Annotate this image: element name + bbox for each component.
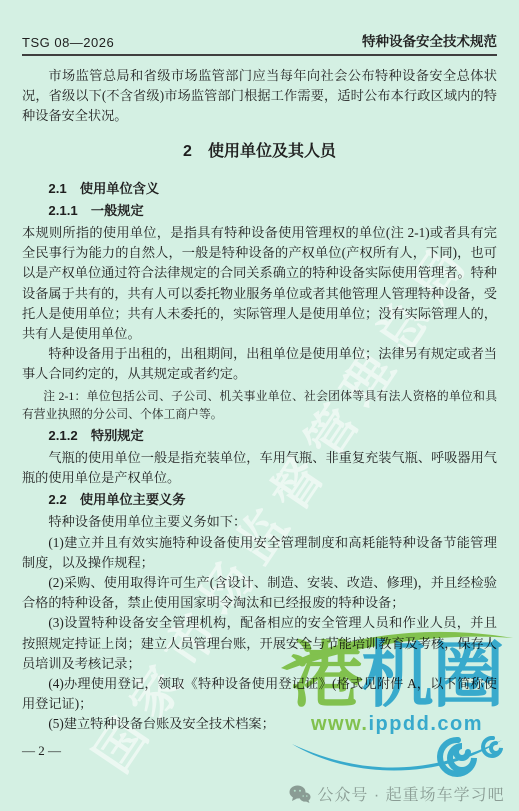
page-header: TSG 08—2026 特种设备安全技术规范 bbox=[22, 30, 497, 56]
section-heading-2-2: 2.2 使用单位主要义务 bbox=[22, 490, 497, 510]
paragraph-gas-cylinder: 气瓶的使用单位一般是指充装单位，车用气瓶、非重复充装气瓶、呼吸器用气瓶的使用单位… bbox=[22, 448, 497, 488]
paragraph-obligation-4: (4)办理使用登记，领取《特种设备使用登记证》(格式见附件 A，以下简称使用登记… bbox=[22, 674, 497, 714]
chapter-heading: 2 使用单位及其人员 bbox=[22, 141, 497, 163]
note-2-1: 注 2-1：单位包括公司、子公司、机关事业单位、社会团体等具有法人资格的单位和具… bbox=[22, 387, 497, 424]
paragraph-obligation-3: (3)设置特种设备安全管理机构，配备相应的安全管理人员和作业人员，并且按照规定持… bbox=[22, 613, 497, 674]
paragraph-definition: 本规则所指的使用单位，是指具有特种设备使用管理权的单位(注 2-1)或者具有完全… bbox=[22, 223, 497, 344]
wechat-icon bbox=[289, 785, 311, 803]
paragraph-obligations-intro: 特种设备使用单位主要义务如下： bbox=[22, 512, 497, 532]
section-heading-2-1: 2.1 使用单位含义 bbox=[22, 179, 497, 199]
subsection-heading-2-1-2: 2.1.2 特别规定 bbox=[22, 426, 497, 446]
page-content: TSG 08—2026 特种设备安全技术规范 市场监管总局和省级市场监管部门应当… bbox=[0, 0, 519, 759]
paragraph-rental: 特种设备用于出租的，出租期间，出租单位是使用单位；法律另有规定或者当事人合同约定… bbox=[22, 344, 497, 384]
wechat-label: 公众号 · 起重场车学习吧 bbox=[317, 782, 504, 805]
subsection-heading-2-1-1: 2.1.1 一般规定 bbox=[22, 201, 497, 221]
paragraph-obligation-1: (1)建立并且有效实施特种设备使用安全管理制度和高耗能特种设备节能管理制度，以及… bbox=[22, 533, 497, 573]
header-doc-code: TSG 08—2026 bbox=[22, 35, 114, 50]
paragraph-obligation-5: (5)建立特种设备台账及安全技术档案； bbox=[22, 714, 497, 734]
page-number: — 2 — bbox=[22, 743, 497, 759]
paragraph-obligation-2: (2)采购、使用取得许可生产(含设计、制造、安装、改造、修理)，并且经检验合格的… bbox=[22, 573, 497, 613]
header-doc-title: 特种设备安全技术规范 bbox=[362, 30, 497, 50]
wechat-line: 公众号 · 起重场车学习吧 bbox=[277, 782, 517, 805]
document-body: 市场监管总局和省级市场监管部门应当每年向社会公布特种设备安全总体状况，省级以下(… bbox=[22, 66, 497, 735]
document-page: 国家市场监督管理总局 TSG 08—2026 特种设备安全技术规范 市场监管总局… bbox=[0, 0, 519, 811]
paragraph-publish-status: 市场监管总局和省级市场监管部门应当每年向社会公布特种设备安全总体状况，省级以下(… bbox=[22, 66, 497, 127]
